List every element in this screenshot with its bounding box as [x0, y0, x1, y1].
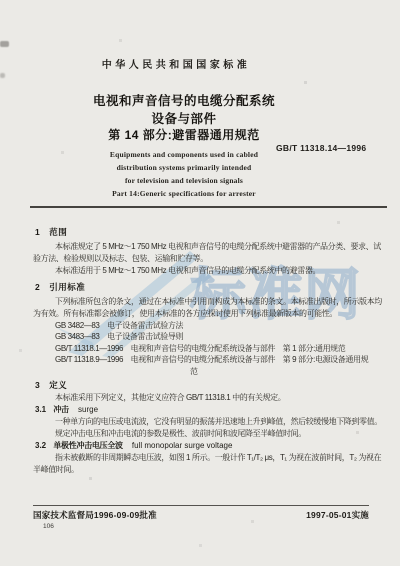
standard-number: GB/T 11318.14—1996 — [276, 143, 366, 153]
body-line: 为有效。所有标准都会被修订，使用本标准的各方应探讨使用下列标准最新版本的可能性。 — [33, 308, 337, 319]
clause-3-1-heading: 3.1 冲击 surge — [35, 404, 98, 415]
reference-line-continuation: 范 — [190, 366, 198, 377]
section-3-heading: 3 定义 — [35, 379, 67, 391]
body-line: 指未被截断的非周期瞬态电压波，如图 1 所示。一般计作 T₁/T₂ μs，T₁ … — [55, 452, 381, 463]
clause-term-cn: 单极性冲击电压全波 — [53, 441, 122, 450]
body-line: 本标准适用于 5 MHz～1 750 MHz 电视和声音信号的电缆分配系统中的避… — [55, 265, 320, 276]
english-title-line-3: for television and television signals — [0, 176, 368, 185]
clause-3-2-heading: 3.2 单极性冲击电压全波 full monopolar surge volta… — [35, 440, 232, 451]
clause-term-en: full monopolar surge voltage — [132, 441, 233, 450]
clause-number: 3.2 — [35, 441, 46, 450]
reference-line: GB 3482—83 电子设备雷击试验方法 — [55, 320, 183, 331]
english-title-line-4: Part 14:Generic specifications for arres… — [0, 189, 368, 198]
footer-approval: 国家技术监督局1996-09-09批准 — [33, 509, 157, 521]
scan-artifact-smudge — [0, 41, 9, 47]
doc-title-line-2: 设备与部件 — [0, 109, 368, 127]
page-number: 106 — [43, 523, 54, 530]
body-line: 下列标准所包含的条文，通过在本标准中引用而构成为本标准的条文。本标准出版时，所示… — [55, 296, 382, 307]
clause-term-cn: 冲击 — [53, 405, 68, 414]
footer-implementation: 1997-05-01实施 — [306, 509, 369, 521]
doc-title-line-3: 第 14 部分:避雷器通用规范 — [0, 126, 368, 143]
footer-rule — [33, 505, 369, 506]
reference-line: GB/T 11318.1—1996 电视和声音信号的电缆分配系统设备与部件 第 … — [55, 343, 345, 354]
english-title-line-2: distribution systems primarily intended — [0, 163, 368, 172]
body-line: 半峰值时间。 — [33, 464, 79, 475]
section-1-heading: 1 范围 — [35, 226, 67, 238]
scanned-standard-page: 标准网 中华人民共和国国家标准 电视和声音信号的电缆分配系统 设备与部件 第 1… — [0, 0, 400, 566]
header-rule — [30, 206, 387, 208]
body-line: 本标准规定了 5 MHz～1 750 MHz 电视和声音信号的电缆分配系统中避雷… — [55, 241, 381, 252]
section-2-heading: 2 引用标准 — [35, 281, 85, 293]
body-line: 一种单方向的电压或电流波，它没有明显的振荡并迅速地上升到峰值，然后较缓慢地下降到… — [55, 416, 382, 427]
reference-line: GB/T 11318.9—1996 电视和声音信号的电缆分配系统设备与部件 第 … — [55, 354, 368, 365]
doc-title-line-1: 电视和声音信号的电缆分配系统 — [0, 91, 368, 109]
body-line: 验方法、检验规则以及标志、包装、运输和贮存等。 — [33, 253, 208, 264]
clause-term-en: surge — [78, 405, 98, 414]
watermark-text: 标准网 — [190, 251, 361, 331]
national-standard-label: 中华人民共和国国家标准 — [0, 56, 352, 71]
body-line: 规定冲击电压和冲击电流的参数是极性、波前时间和波尾降至半峰值时间。 — [55, 428, 306, 439]
body-line: 本标准采用下列定义，其他定义应符合 GB/T 11318.1 中的有关规定。 — [55, 392, 285, 403]
clause-number: 3.1 — [35, 405, 46, 414]
reference-line: GB 3483—83 电子设备雷击试验导则 — [55, 331, 183, 342]
scan-artifact-specks — [0, 0, 1, 1]
scan-artifact-smudge — [0, 73, 5, 78]
